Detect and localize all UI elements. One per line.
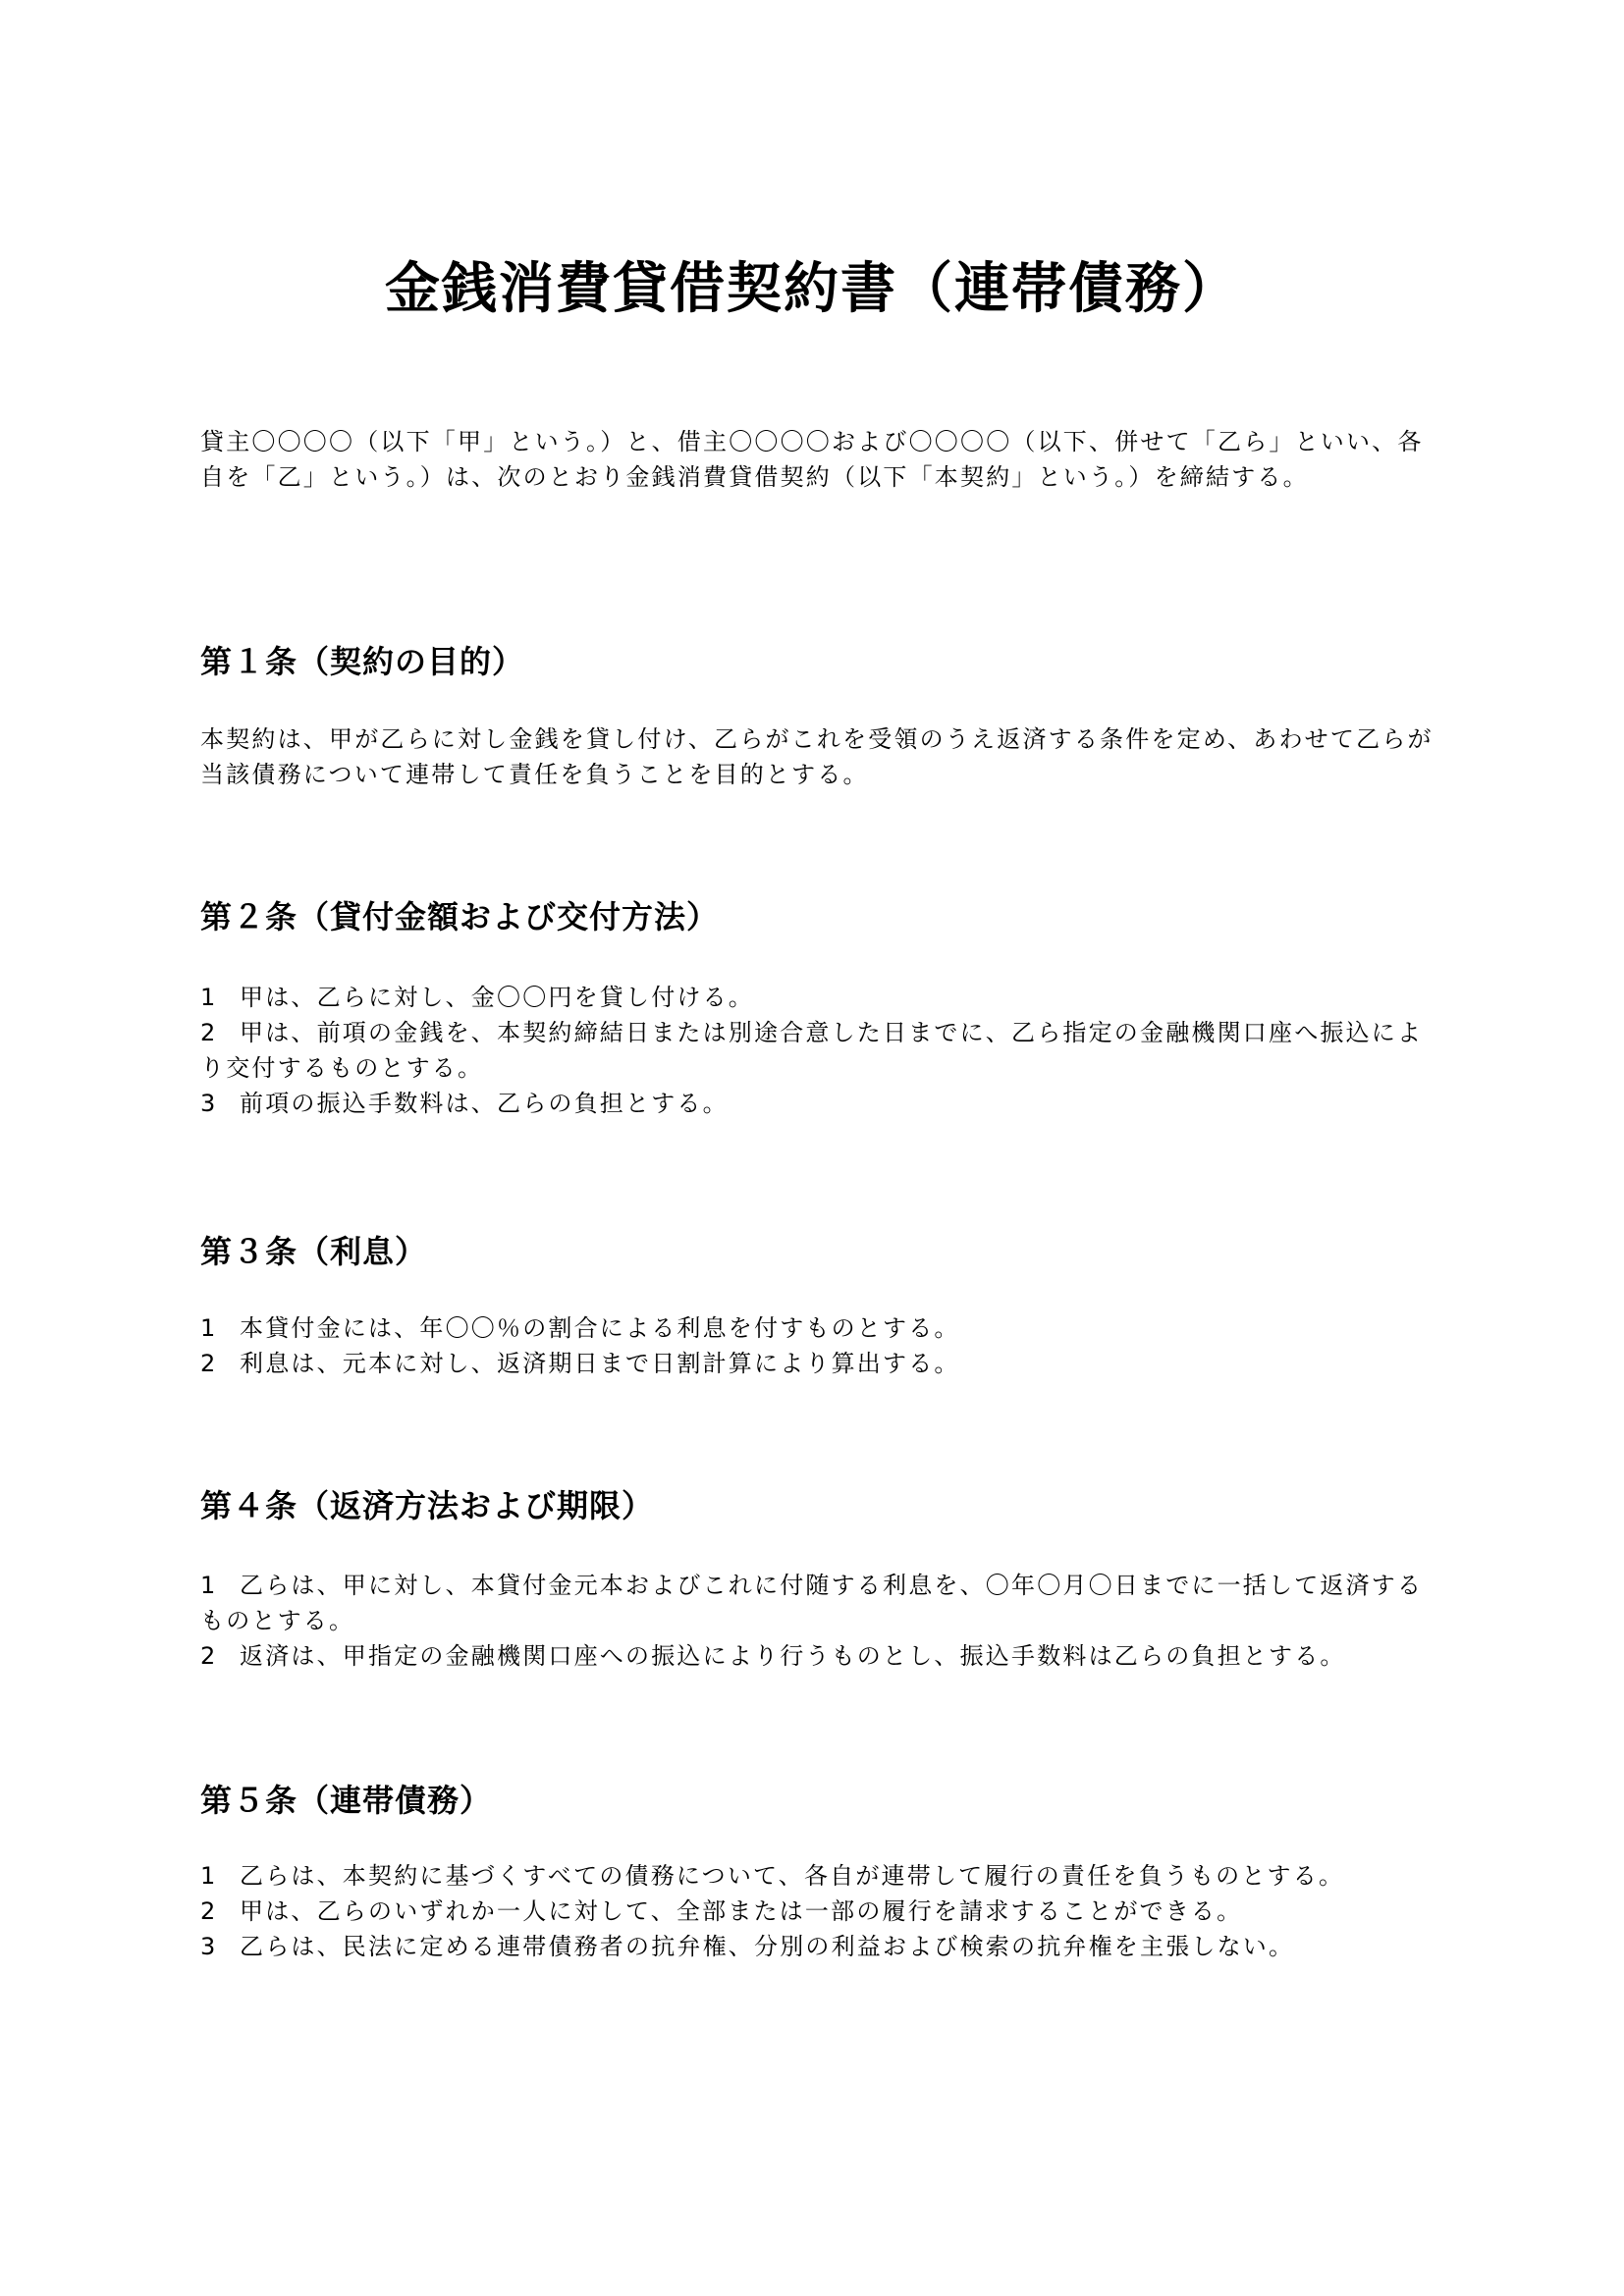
clause-number: 1 [200,1858,240,1894]
article-4-clause-1: 1乙らは、甲に対し、本貸付金元本およびこれに付随する利息を、〇年〇月〇日までに一… [200,1568,1437,1638]
clause-number: 1 [200,1310,240,1346]
article-4-heading: 第４条（返済方法および期限） [200,1484,1437,1527]
article-2-clause-1: 1甲は、乙らに対し、金〇〇円を貸し付ける。 [200,980,1437,1015]
clause-number: 2 [200,1346,240,1381]
article-1-heading: 第１条（契約の目的） [200,640,1437,683]
article-2-heading: 第２条（貸付金額および交付方法） [200,895,1437,938]
clause-number: 3 [200,1929,240,1964]
document-page: 金銭消費貸借契約書（連帯債務） 貸主〇〇〇〇（以下「甲」という。）と、借主〇〇〇… [0,0,1624,2296]
clause-number: 2 [200,1894,240,1929]
clause-number: 3 [200,1086,240,1121]
article-3-body: 1本貸付金には、年〇〇％の割合による利息を付すものとする。 2利息は、元本に対し… [200,1310,1437,1381]
article-1-text: 本契約は、甲が乙らに対し金銭を貸し付け、乙らがこれを受領のうえ返済する条件を定め… [200,721,1437,792]
clause-number: 1 [200,980,240,1015]
clause-number: 2 [200,1638,240,1674]
clause-text: 前項の振込手数料は、乙らの負担とする。 [240,1090,729,1117]
clause-text: 甲は、前項の金銭を、本契約締結日または別途合意した日までに、乙ら指定の金融機関口… [200,1019,1423,1082]
clause-text: 甲は、乙らに対し、金〇〇円を貸し付ける。 [240,984,754,1011]
clause-text: 返済は、甲指定の金融機関口座への振込により行うものとし、振込手数料は乙らの負担と… [240,1642,1346,1670]
article-3-heading: 第３条（利息） [200,1230,1437,1273]
article-2-body: 1甲は、乙らに対し、金〇〇円を貸し付ける。 2甲は、前項の金銭を、本契約締結日ま… [200,980,1437,1121]
clause-text: 乙らは、本契約に基づくすべての債務について、各自が連帯して履行の責任を負うものと… [240,1862,1344,1890]
article-4-body: 1乙らは、甲に対し、本貸付金元本およびこれに付随する利息を、〇年〇月〇日までに一… [200,1568,1437,1674]
article-5-clause-1: 1乙らは、本契約に基づくすべての債務について、各自が連帯して履行の責任を負うもの… [200,1858,1437,1894]
preamble: 貸主〇〇〇〇（以下「甲」という。）と、借主〇〇〇〇および〇〇〇〇（以下、併せて「… [200,424,1437,495]
clause-text: 利息は、元本に対し、返済期日まで日割計算により算出する。 [240,1350,960,1377]
article-1-body: 本契約は、甲が乙らに対し金銭を貸し付け、乙らがこれを受領のうえ返済する条件を定め… [200,721,1437,792]
clause-text: 本貸付金には、年〇〇％の割合による利息を付すものとする。 [240,1314,960,1342]
clause-text: 乙らは、甲に対し、本貸付金元本およびこれに付随する利息を、〇年〇月〇日までに一括… [200,1572,1423,1634]
article-5-clause-3: 3乙らは、民法に定める連帯債務者の抗弁権、分別の利益および検索の抗弁権を主張しな… [200,1929,1437,1964]
clause-number: 1 [200,1568,240,1603]
article-4-clause-2: 2返済は、甲指定の金融機関口座への振込により行うものとし、振込手数料は乙らの負担… [200,1638,1437,1674]
document-title: 金銭消費貸借契約書（連帯債務） [0,250,1624,329]
clause-number: 2 [200,1015,240,1050]
article-5-body: 1乙らは、本契約に基づくすべての債務について、各自が連帯して履行の責任を負うもの… [200,1858,1437,1964]
article-3-clause-2: 2利息は、元本に対し、返済期日まで日割計算により算出する。 [200,1346,1437,1381]
article-2-clause-2: 2甲は、前項の金銭を、本契約締結日または別途合意した日までに、乙ら指定の金融機関… [200,1015,1437,1086]
article-2-clause-3: 3前項の振込手数料は、乙らの負担とする。 [200,1086,1437,1121]
article-5-clause-2: 2甲は、乙らのいずれか一人に対して、全部または一部の履行を請求することができる。 [200,1894,1437,1929]
clause-text: 甲は、乙らのいずれか一人に対して、全部または一部の履行を請求することができる。 [240,1897,1242,1925]
article-3-clause-1: 1本貸付金には、年〇〇％の割合による利息を付すものとする。 [200,1310,1437,1346]
article-5-heading: 第５条（連帯債務） [200,1779,1437,1822]
clause-text: 乙らは、民法に定める連帯債務者の抗弁権、分別の利益および検索の抗弁権を主張しない… [240,1933,1294,1960]
